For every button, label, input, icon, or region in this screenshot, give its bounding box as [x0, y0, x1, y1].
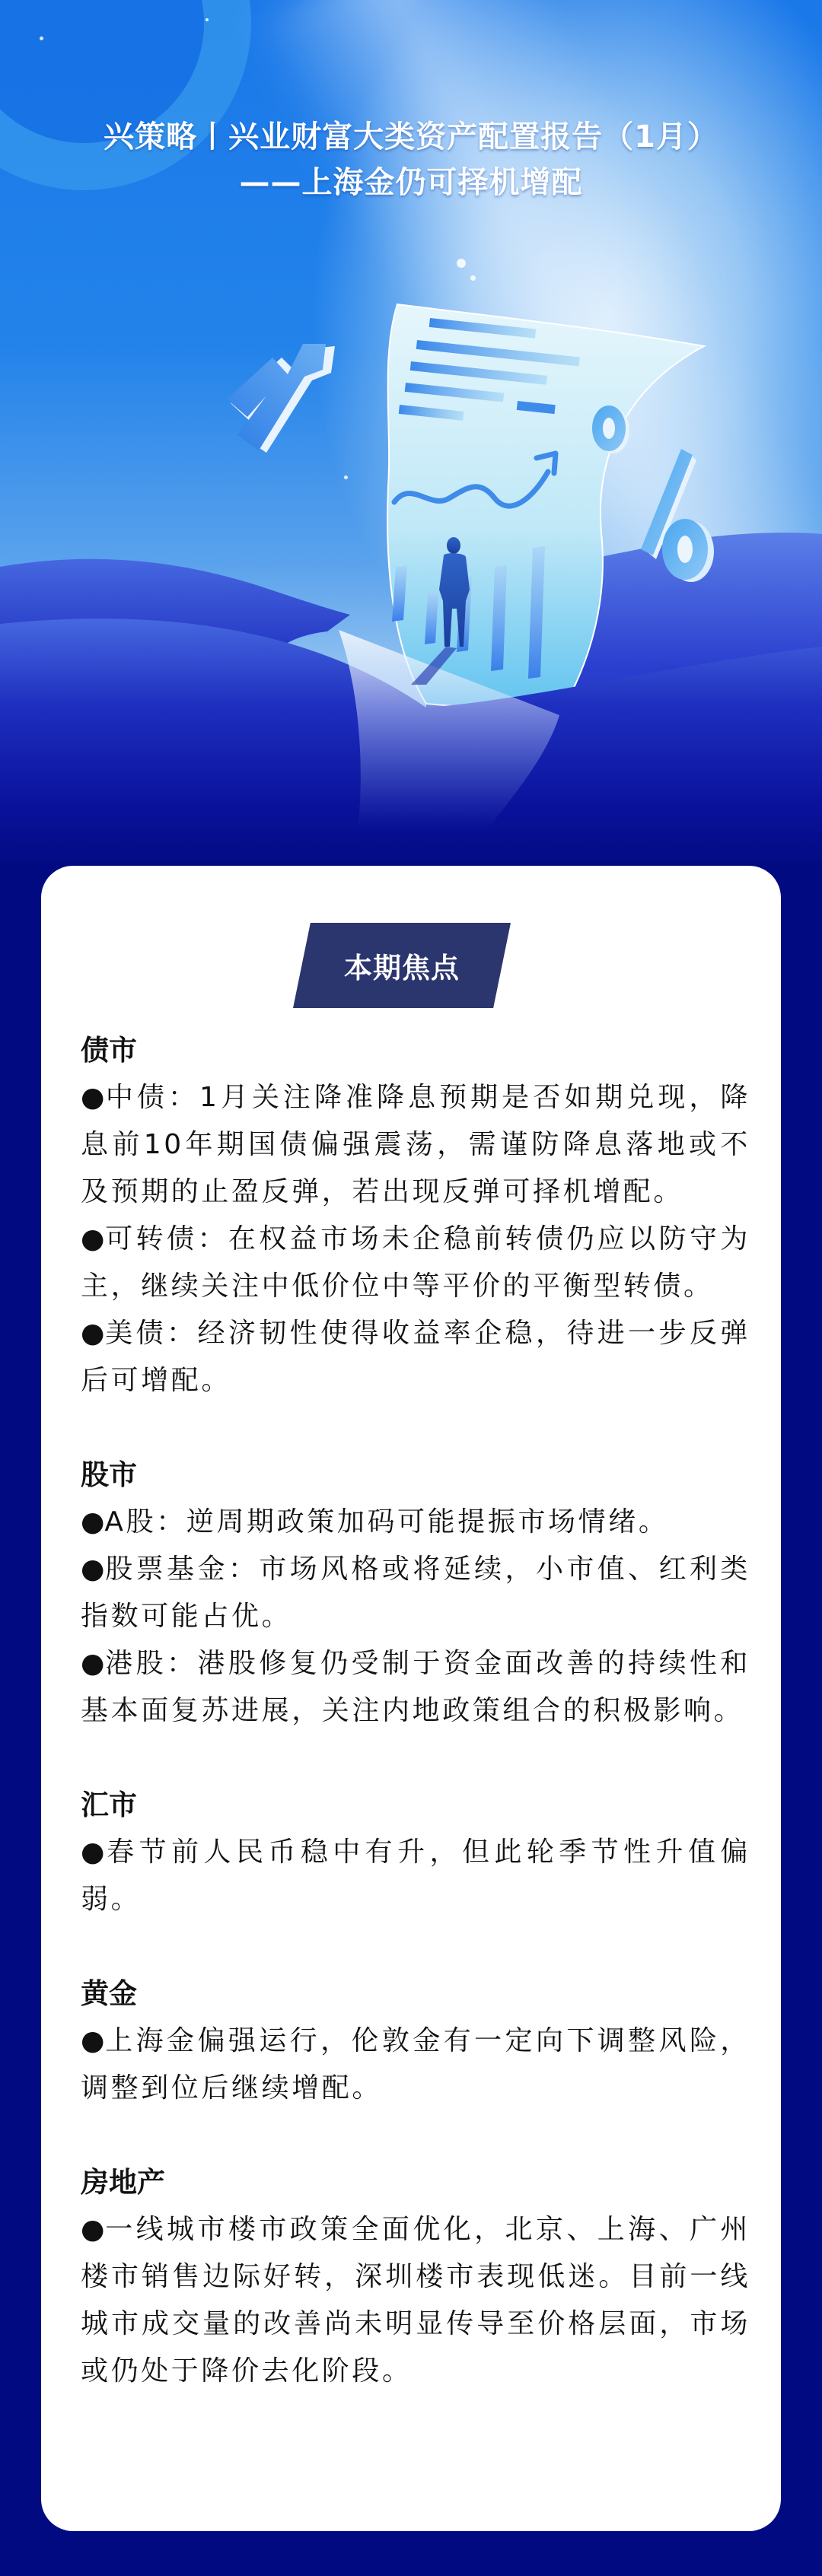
- title-line-1: 兴策略丨兴业财富大类资产配置报告（1月）: [0, 114, 822, 160]
- list-item: ●美债：经济韧性使得收益率企稳，待进一步反弹后可增配。: [81, 1310, 750, 1404]
- bullet-icon: ●: [81, 1837, 107, 1868]
- bullet-icon: ●: [81, 1082, 106, 1113]
- item-text: A股：逆周期政策加码可能提振市场情绪。: [104, 1506, 668, 1538]
- list-item: ●A股：逆周期政策加码可能提振市场情绪。: [81, 1499, 750, 1546]
- page-title: 兴策略丨兴业财富大类资产配置报告（1月） ——上海金仍可择机增配: [0, 114, 822, 205]
- list-item: ●中债：1月关注降准降息预期是否如期兑现，降息前10年期国债偏强震荡，需谨防降息…: [81, 1074, 750, 1216]
- item-text: 春节前人民币稳中有升，但此轮季节性升值偏弱。: [81, 1837, 750, 1915]
- list-item: ●港股：港股修复仍受制于资金面改善的持续性和基本面复苏进展，关注内地政策组合的积…: [81, 1640, 750, 1735]
- list-item: ●可转债：在权益市场未企稳前转债仍应以防守为主，继续关注中低价位中等平价的平衡型…: [81, 1216, 750, 1310]
- section-gold: 黄金 ●上海金偏强运行，伦敦金有一定向下调整风险，调整到位后继续增配。: [81, 1970, 750, 2112]
- bullet-icon: ●: [81, 2214, 105, 2245]
- item-text: 股票基金：市场风格或将延续，小市值、红利类指数可能占优。: [81, 1554, 750, 1632]
- bullet-icon: ●: [81, 1506, 104, 1538]
- section-heading: 房地产: [81, 2159, 750, 2206]
- badge-label: 本期焦点: [293, 923, 511, 1008]
- bullet-icon: ●: [81, 2025, 105, 2056]
- hero-banner: 兴策略丨兴业财富大类资产配置报告（1月） ——上海金仍可择机增配: [0, 0, 822, 867]
- section-heading: 债市: [81, 1027, 750, 1074]
- bullet-icon: ●: [81, 1318, 105, 1349]
- item-text: 中债：1月关注降准降息预期是否如期兑现，降息前10年期国债偏强震荡，需谨防降息落…: [81, 1082, 750, 1207]
- list-item: ●股票基金：市场风格或将延续，小市值、红利类指数可能占优。: [81, 1546, 750, 1640]
- bullet-icon: ●: [81, 1554, 105, 1585]
- bullet-icon: ●: [81, 1648, 105, 1679]
- list-item: ●春节前人民币稳中有升，但此轮季节性升值偏弱。: [81, 1829, 750, 1923]
- item-text: 可转债：在权益市场未企稳前转债仍应以防守为主，继续关注中低价位中等平价的平衡型转…: [81, 1223, 750, 1302]
- section-stock-market: 股市 ●A股：逆周期政策加码可能提振市场情绪。 ●股票基金：市场风格或将延续，小…: [81, 1452, 750, 1735]
- item-text: 美债：经济韧性使得收益率企稳，待进一步反弹后可增配。: [81, 1318, 750, 1396]
- item-text: 港股：港股修复仍受制于资金面改善的持续性和基本面复苏进展，关注内地政策组合的积极…: [81, 1648, 750, 1726]
- section-bond-market: 债市 ●中债：1月关注降准降息预期是否如期兑现，降息前10年期国债偏强震荡，需谨…: [81, 1027, 750, 1404]
- section-heading: 股市: [81, 1452, 750, 1499]
- bullet-icon: ●: [81, 1223, 105, 1255]
- section-fx-market: 汇市 ●春节前人民币稳中有升，但此轮季节性升值偏弱。: [81, 1782, 750, 1923]
- focus-content: 债市 ●中债：1月关注降准降息预期是否如期兑现，降息前10年期国债偏强震荡，需谨…: [81, 1027, 750, 2442]
- section-heading: 汇市: [81, 1782, 750, 1829]
- item-text: 上海金偏强运行，伦敦金有一定向下调整风险，调整到位后继续增配。: [81, 2025, 750, 2104]
- focus-badge: 本期焦点: [293, 923, 511, 1008]
- item-text: 一线城市楼市政策全面优化，北京、上海、广州楼市销售边际好转，深圳楼市表现低迷。目…: [81, 2214, 750, 2387]
- list-item: ●一线城市楼市政策全面优化，北京、上海、广州楼市销售边际好转，深圳楼市表现低迷。…: [81, 2206, 750, 2395]
- section-heading: 黄金: [81, 1970, 750, 2018]
- trend-up-arrow-icon: [227, 344, 335, 453]
- list-item: ●上海金偏强运行，伦敦金有一定向下调整风险，调整到位后继续增配。: [81, 2018, 750, 2112]
- focus-card: 本期焦点 债市 ●中债：1月关注降准降息预期是否如期兑现，降息前10年期国债偏强…: [41, 866, 781, 2531]
- title-line-2: ——上海金仍可择机增配: [0, 160, 822, 205]
- section-real-estate: 房地产 ●一线城市楼市政策全面优化，北京、上海、广州楼市销售边际好转，深圳楼市表…: [81, 2159, 750, 2395]
